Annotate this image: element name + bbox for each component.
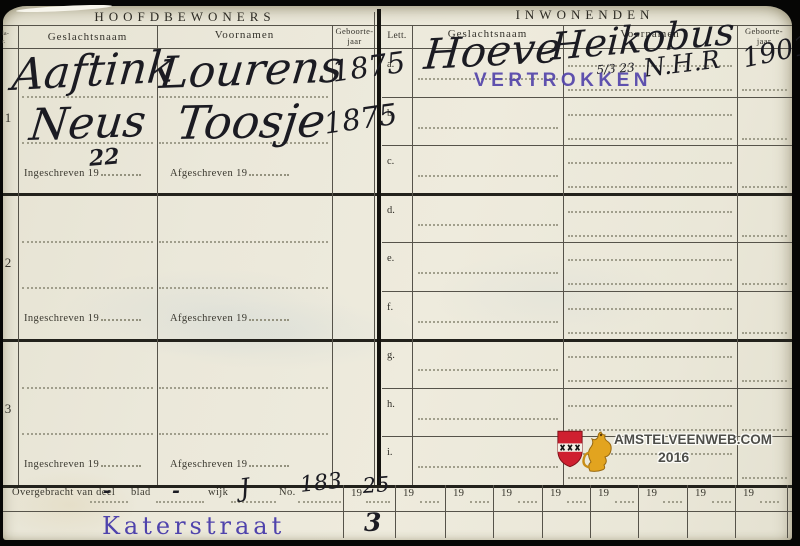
afgeschreven-label: Afgeschreven 19 xyxy=(170,310,289,324)
dotted-writing-line xyxy=(568,186,732,188)
inwonende-row-letter: e. xyxy=(387,253,403,264)
dotted-writing-line xyxy=(568,380,732,382)
dotted-writing-line xyxy=(418,272,558,274)
footer-blad-label: blad xyxy=(131,487,151,498)
dotted-writing-line xyxy=(760,501,779,503)
ingeschreven-text: Ingeschreven 19 xyxy=(24,459,99,470)
dotted-writing-line xyxy=(568,405,732,407)
inwonende-row-letter: h. xyxy=(387,399,403,410)
footer-overgebracht-label: Overgebracht van deel xyxy=(12,487,115,498)
hand-jaar-value: 25 xyxy=(362,474,390,497)
afgeschreven-label: Afgeschreven 19 xyxy=(170,165,289,179)
dotted-writing-line xyxy=(568,114,732,116)
rule-vertical xyxy=(638,485,639,538)
ingeschreven-label: Ingeschreven 19 xyxy=(24,456,141,470)
vertrokken-stamp: VERTROKKEN xyxy=(474,70,652,92)
afgeschreven-text: Afgeschreven 19 xyxy=(170,168,247,179)
section-title-hoofdbewoners: HOOFDBEWONERS xyxy=(60,9,310,25)
afgeschreven-text: Afgeschreven 19 xyxy=(170,313,247,324)
dotted-writing-line xyxy=(742,186,787,188)
dotted-writing-line xyxy=(159,241,328,243)
dotted-writing-line xyxy=(518,501,537,503)
lion-icon xyxy=(580,426,612,472)
margin-column-header-line1: la- xyxy=(2,30,9,38)
inwonende-row-letter: c. xyxy=(387,156,403,167)
footer-jaar-cell: 19 xyxy=(695,487,706,499)
rule-vertical xyxy=(542,485,543,538)
block-number: 3 xyxy=(1,401,15,417)
margin-column-header-line2: r. xyxy=(2,38,9,46)
hand-blad-value: - xyxy=(172,482,180,501)
dotted-writing-line xyxy=(418,418,558,420)
rule-vertical xyxy=(735,485,736,538)
dotted-writing-line xyxy=(742,235,787,237)
street-stamp: Katerstraat xyxy=(102,512,285,540)
footer-jaar-cell: 19 xyxy=(453,487,464,499)
footer-jaar-cell: 19 xyxy=(646,487,657,499)
margin-column-header: la- r. xyxy=(2,30,9,46)
watermark-jaar: 2016 xyxy=(658,449,689,465)
rule-vertical xyxy=(563,25,564,485)
dotted-writing-line xyxy=(22,433,153,435)
hand-voornamen-1: Lourens xyxy=(157,46,344,96)
rule-vertical xyxy=(787,485,788,538)
rule-vertical xyxy=(493,485,494,538)
rule-horizontal xyxy=(382,145,792,146)
dotted-writing-line xyxy=(568,332,732,334)
dotted-writing-line xyxy=(420,501,439,503)
footer-jaar-cell: 19 xyxy=(743,487,754,499)
afgeschreven-text: Afgeschreven 19 xyxy=(170,459,247,470)
dotted-writing-line xyxy=(568,283,732,285)
ingeschreven-label: Ingeschreven 19 xyxy=(24,165,141,179)
hand-geslachtsnaam-1: Aaftink xyxy=(10,46,176,98)
footer-no-label: No. xyxy=(279,487,296,498)
dotted-writing-line xyxy=(156,501,204,503)
ingeschreven-label: Ingeschreven 19 xyxy=(24,310,141,324)
rule-horizontal xyxy=(382,242,792,243)
dotted-writing-line xyxy=(712,501,731,503)
inwonende-row-letter: i. xyxy=(387,447,403,458)
rule-vertical xyxy=(445,485,446,538)
dotted-writing-line xyxy=(568,308,732,310)
dotted-writing-line xyxy=(22,287,153,289)
hand-voornamen-2: Toosje xyxy=(174,97,328,146)
dotted-writing-line xyxy=(742,138,787,140)
footer-wijk-label: wijk xyxy=(208,487,228,498)
rule-vertical xyxy=(332,25,333,485)
dotted-writing-line xyxy=(568,162,732,164)
dotted-writing-line xyxy=(568,211,732,213)
dotted-writing-line xyxy=(159,387,328,389)
rule-vertical xyxy=(590,485,591,538)
rule-horizontal xyxy=(3,339,792,342)
block-number: 1 xyxy=(1,110,15,126)
dotted-writing-line xyxy=(366,501,390,503)
rule-vertical xyxy=(687,485,688,538)
dotted-writing-line xyxy=(568,235,732,237)
dotted-writing-line xyxy=(568,259,732,261)
dotted-writing-line xyxy=(742,332,787,334)
rule-horizontal xyxy=(382,291,792,292)
dotted-writing-line xyxy=(418,127,558,129)
hand-ingeschreven-jaar: 22 xyxy=(88,145,120,170)
ingeschreven-text: Ingeschreven 19 xyxy=(24,313,99,324)
dotted-writing-line xyxy=(22,241,153,243)
inwonende-row-letter: g. xyxy=(387,350,403,361)
rule-horizontal xyxy=(382,97,792,98)
dotted-writing-line xyxy=(231,501,276,503)
col-header-lett: Lett. xyxy=(382,31,412,41)
dotted-writing-line xyxy=(742,283,787,285)
dotted-leader xyxy=(249,310,289,321)
dotted-writing-line xyxy=(22,387,153,389)
dotted-writing-line xyxy=(159,287,328,289)
inwonende-row-letter: d. xyxy=(387,205,403,216)
dotted-writing-line xyxy=(568,138,732,140)
dotted-writing-line xyxy=(159,433,328,435)
dotted-leader xyxy=(101,456,141,467)
dotted-leader xyxy=(249,165,289,176)
dotted-writing-line xyxy=(470,501,489,503)
footer-jaar-cell: 19 xyxy=(598,487,609,499)
rule-horizontal xyxy=(3,485,792,488)
col-header-geslachtsnaam-left: Geslachtsnaam xyxy=(18,31,157,43)
hand-deel-value: - xyxy=(103,482,111,501)
rule-vertical xyxy=(412,25,413,485)
rule-vertical xyxy=(737,25,738,485)
dotted-writing-line xyxy=(663,501,682,503)
hand-geslachtsnaam-2: Neus xyxy=(27,100,148,148)
footer-jaar-cell: 19 xyxy=(501,487,512,499)
watermark-site: AMSTELVEENWEB.COM xyxy=(614,432,772,447)
dotted-writing-line xyxy=(418,369,558,371)
dotted-writing-line xyxy=(418,175,558,177)
footer-jaar-label: 19 xyxy=(351,487,362,499)
inwonende-row-letter: f. xyxy=(387,302,403,313)
dotted-writing-line xyxy=(298,501,341,503)
hand-no-value: 183 xyxy=(299,471,343,497)
block-number: 2 xyxy=(1,255,15,271)
dotted-writing-line xyxy=(568,356,732,358)
dotted-writing-line xyxy=(418,321,558,323)
afgeschreven-label: Afgeschreven 19 xyxy=(170,456,289,470)
dotted-writing-line xyxy=(567,501,586,503)
dotted-writing-line xyxy=(615,501,634,503)
dotted-writing-line xyxy=(568,477,732,479)
dotted-writing-line xyxy=(742,477,787,479)
watermark: AMSTELVEENWEB.COM 2016 xyxy=(556,426,756,472)
hand-inwonende-geslachtsnaam-a: Hoeve xyxy=(422,27,562,76)
dotted-writing-line xyxy=(418,224,558,226)
rule-vertical xyxy=(395,485,396,538)
rule-horizontal xyxy=(382,388,792,389)
footer-jaar-cell: 19 xyxy=(403,487,414,499)
rule-horizontal xyxy=(3,193,792,196)
col-header-voornamen-left: Voornamen xyxy=(157,29,332,41)
dotted-leader xyxy=(249,456,289,467)
ingeschreven-text: Ingeschreven 19 xyxy=(24,168,99,179)
dotted-writing-line xyxy=(742,380,787,382)
register-scan: 1Ingeschreven 19Afgeschreven 192Ingeschr… xyxy=(0,0,800,546)
hand-huisnummer: 3 xyxy=(364,510,381,535)
footer-jaar-cell: 19 xyxy=(550,487,561,499)
dotted-leader xyxy=(101,310,141,321)
dotted-writing-line xyxy=(742,89,787,91)
dotted-writing-line xyxy=(418,466,558,468)
